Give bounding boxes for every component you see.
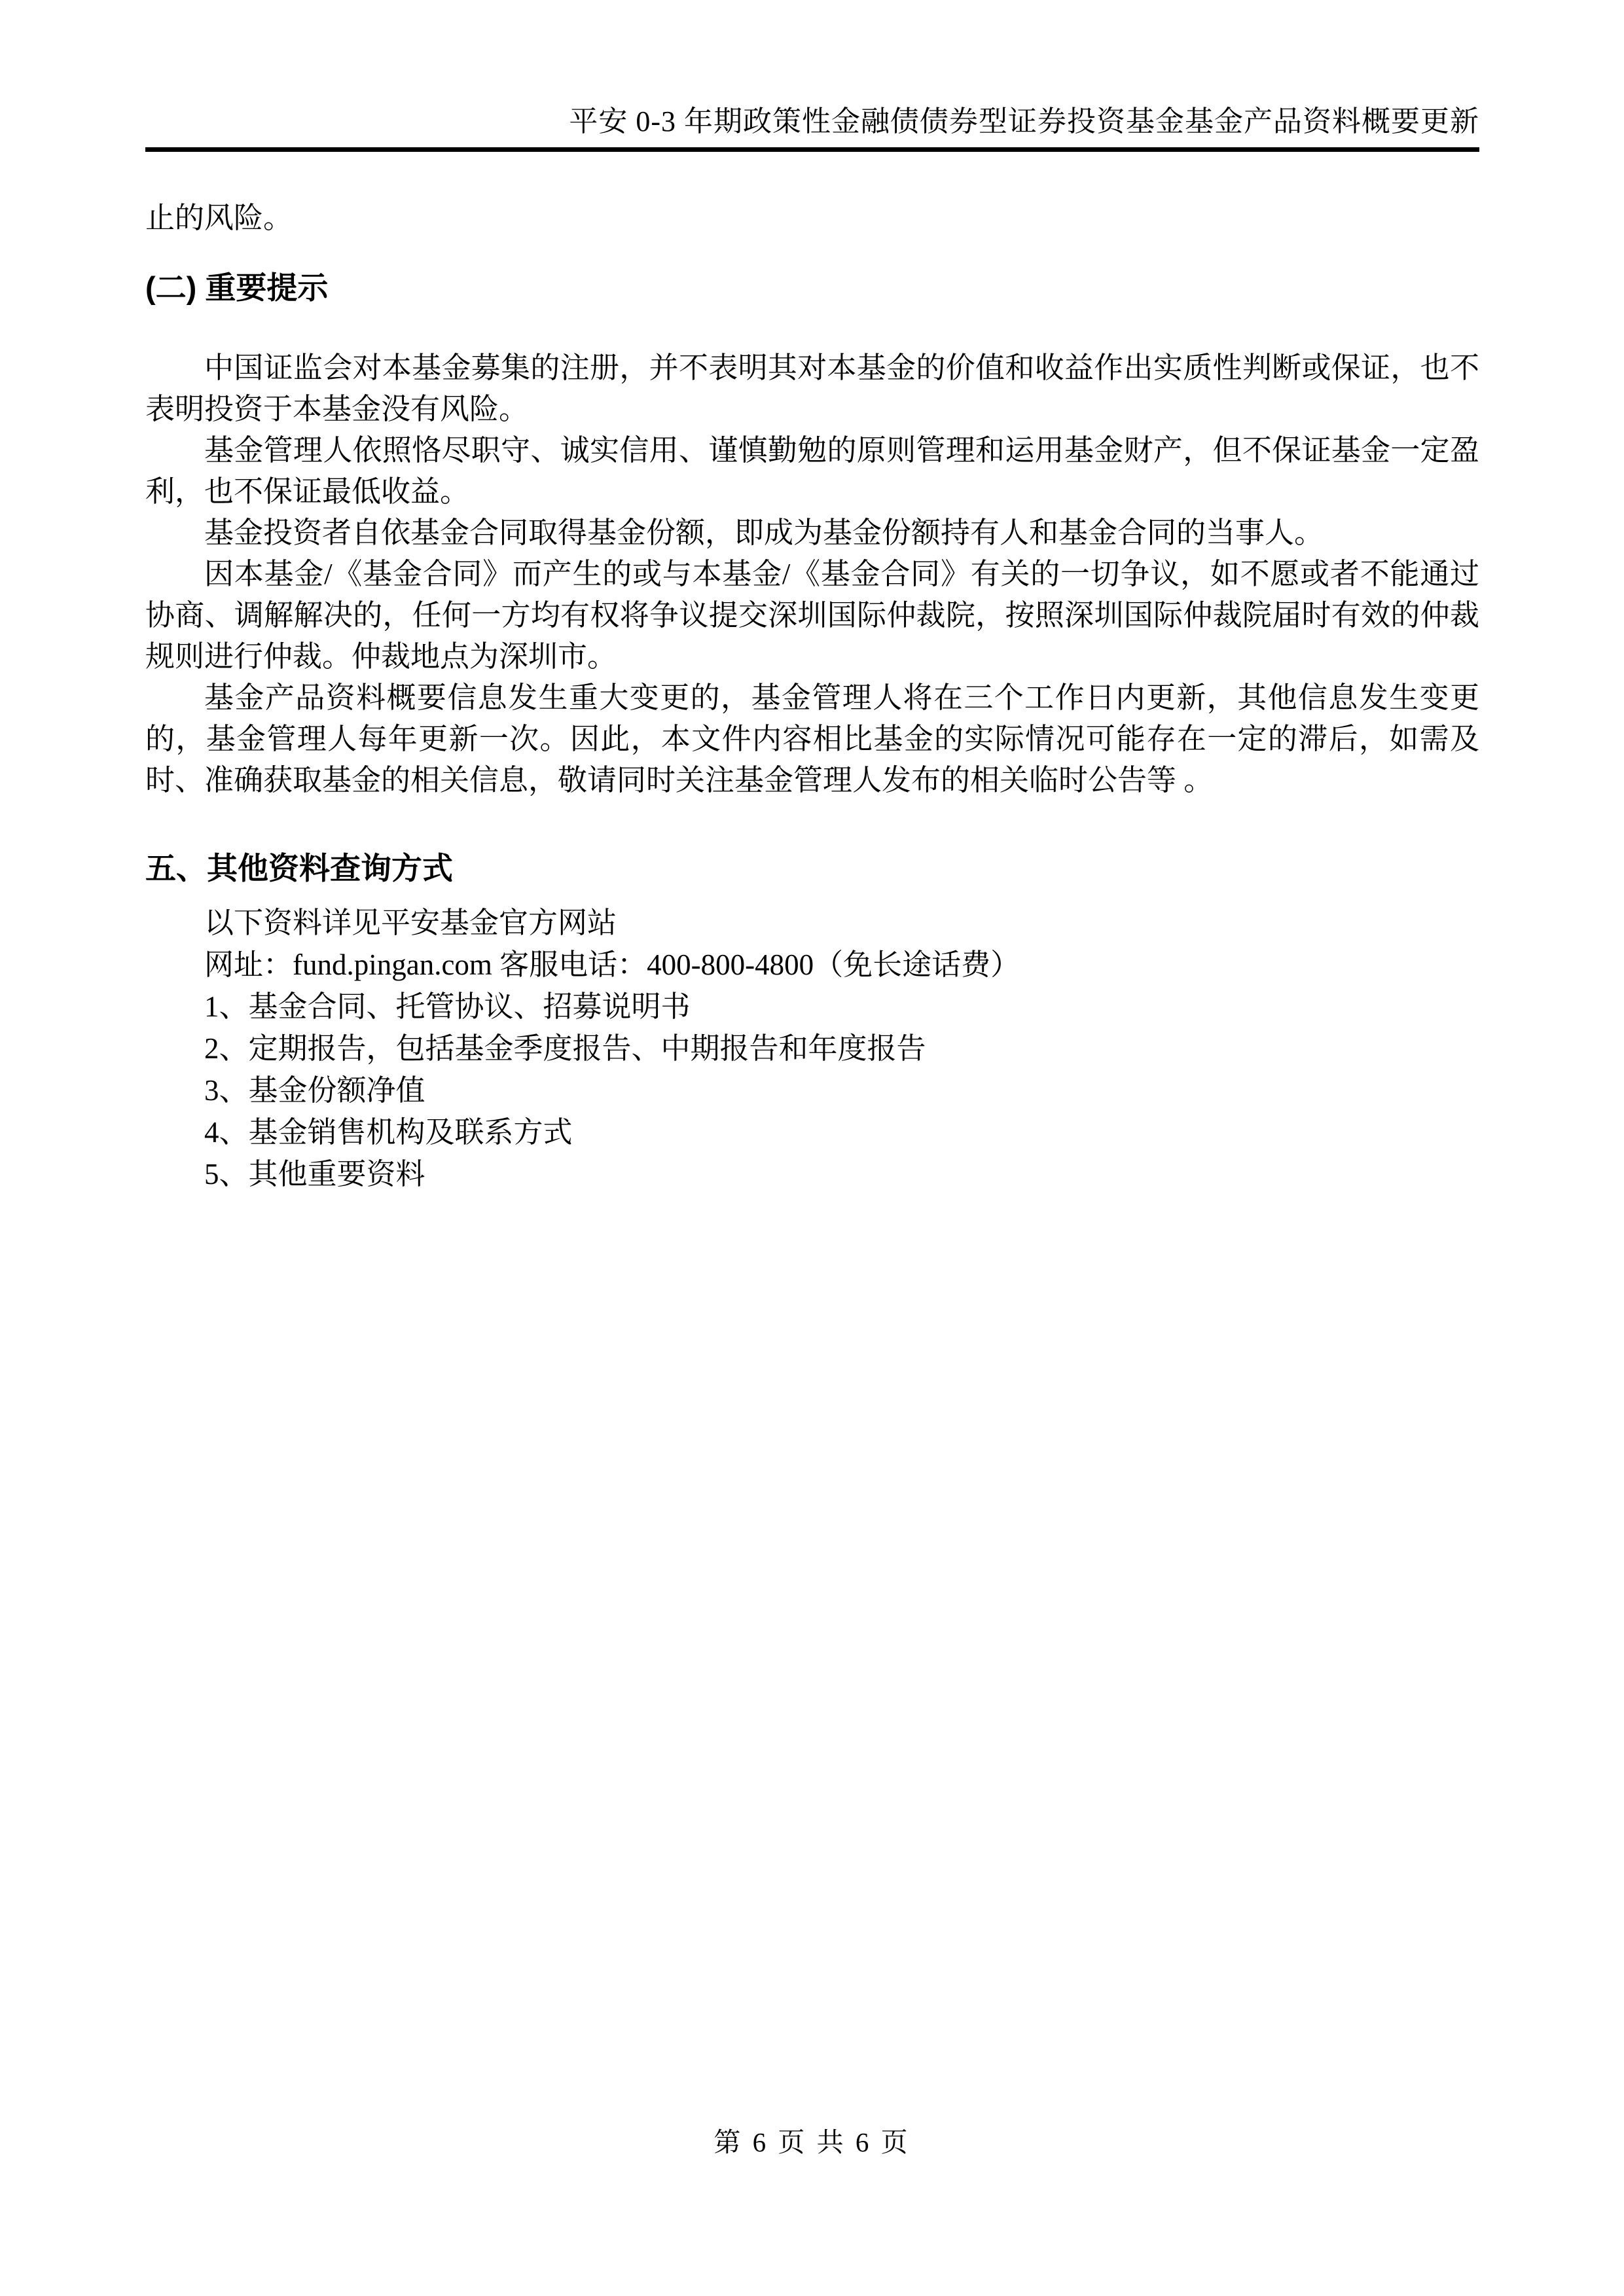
paragraph: 基金产品资料概要信息发生重大变更的，基金管理人将在三个工作日内更新，其他信息发生… bbox=[145, 677, 1479, 801]
header-rule bbox=[145, 147, 1479, 152]
leading-text-fragment: 止的风险。 bbox=[145, 198, 1479, 239]
document-page: 平安 0-3 年期政策性金融债债券型证券投资基金基金产品资料概要更新 止的风险。… bbox=[0, 0, 1624, 2296]
other-info-contact-line: 网址：fund.pingan.com 客服电话：400-800-4800（免长途… bbox=[145, 944, 1479, 986]
other-info-intro-line: 以下资料详见平安基金官方网站 bbox=[145, 902, 1479, 944]
page-content: 平安 0-3 年期政策性金融债债券型证券投资基金基金产品资料概要更新 止的风险。… bbox=[145, 0, 1479, 1195]
paragraph: 基金投资者自依基金合同取得基金份额，即成为基金份额持有人和基金合同的当事人。 bbox=[145, 512, 1479, 554]
other-info-lines: 以下资料详见平安基金官方网站 网址：fund.pingan.com 客服电话：4… bbox=[145, 902, 1479, 1195]
list-item: 4、基金销售机构及联系方式 bbox=[145, 1111, 1479, 1153]
important-notice-paragraphs: 中国证监会对本基金募集的注册，并不表明其对本基金的价值和收益作出实质性判断或保证… bbox=[145, 348, 1479, 801]
section-heading-important-notice: (二) 重要提示 bbox=[145, 269, 1479, 307]
paragraph: 基金管理人依照恪尽职守、诚实信用、谨慎勤勉的原则管理和运用基金财产，但不保证基金… bbox=[145, 430, 1479, 512]
list-item: 1、基金合同、托管协议、招募说明书 bbox=[145, 986, 1479, 1028]
paragraph: 因本基金/《基金合同》而产生的或与本基金/《基金合同》有关的一切争议，如不愿或者… bbox=[145, 554, 1479, 677]
list-item: 3、基金份额净值 bbox=[145, 1069, 1479, 1111]
list-item: 2、定期报告，包括基金季度报告、中期报告和年度报告 bbox=[145, 1028, 1479, 1069]
paragraph: 中国证监会对本基金募集的注册，并不表明其对本基金的价值和收益作出实质性判断或保证… bbox=[145, 348, 1479, 430]
page-header-title: 平安 0-3 年期政策性金融债债券型证券投资基金基金产品资料概要更新 bbox=[145, 0, 1479, 139]
list-item: 5、其他重要资料 bbox=[145, 1153, 1479, 1195]
section-heading-other-info: 五、其他资料查询方式 bbox=[145, 850, 1479, 888]
page-number: 第 6 页 共 6 页 bbox=[0, 2121, 1624, 2159]
